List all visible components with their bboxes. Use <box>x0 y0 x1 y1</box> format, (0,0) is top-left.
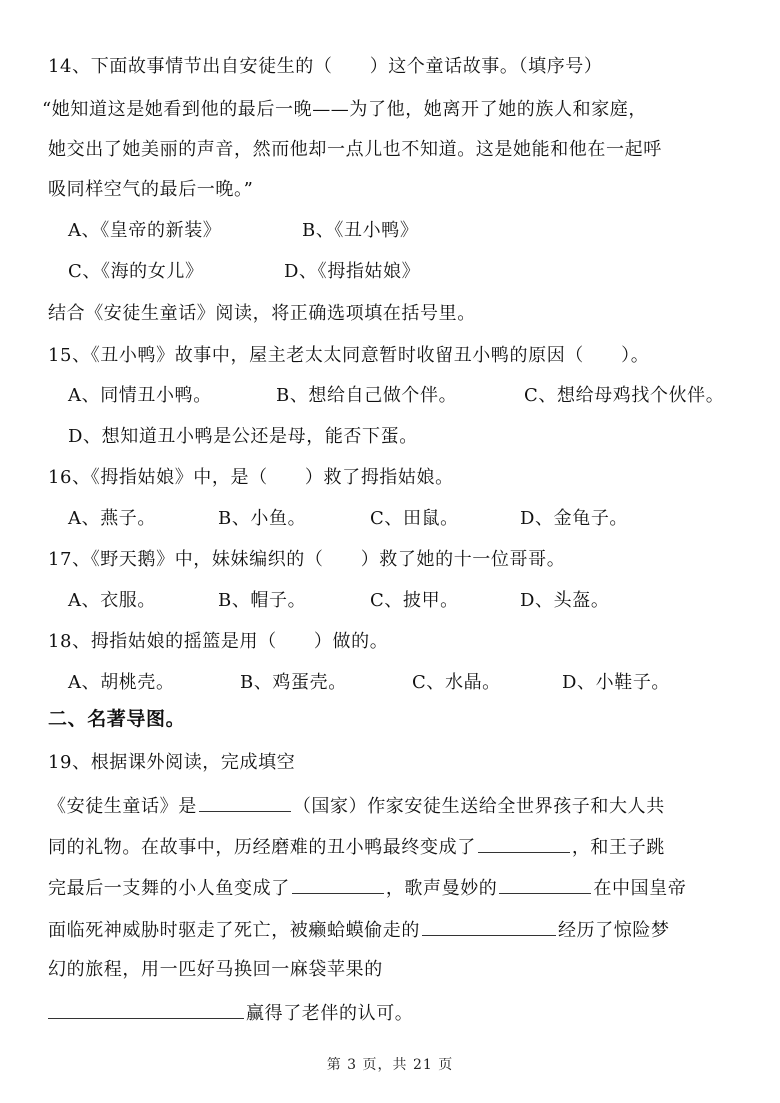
question-18-option-d: D、小鞋子。 <box>562 671 670 695</box>
question-17-option-d: D、头盔。 <box>520 589 609 613</box>
section-2-heading: 二、名著导图。 <box>48 707 185 731</box>
answer-blank-nightingale[interactable] <box>499 875 591 894</box>
question-18-option-a: A、胡桃壳。 <box>68 671 175 695</box>
question-19-line-4-text-a: 面临死神威胁时驱走了死亡，被癞蛤蟆偷走的 <box>48 920 420 941</box>
question-19-line-4: 面临死神威胁时驱走了死亡，被癞蛤蟆偷走的经历了惊险梦 <box>48 917 670 943</box>
question-17-stem: 17、《野天鹅》中，妹妹编织的（ ）救了她的十一位哥哥。 <box>48 548 565 572</box>
question-18-option-c: C、水晶。 <box>412 671 501 695</box>
question-19-line-4-text-b: 经历了惊险梦 <box>558 920 670 941</box>
question-16-stem: 16、《拇指姑娘》中，是（ ）救了拇指姑娘。 <box>48 466 454 490</box>
question-19-line-6: 赢得了老伴的认可。 <box>48 1000 413 1026</box>
question-14-quote-line-2: 她交出了她美丽的声音，然而他却一点儿也不知道。这是她能和他在一起呼 <box>48 138 662 162</box>
answer-blank-thumbelina[interactable] <box>422 917 556 936</box>
question-19-line-3-text-a: 完最后一支舞的小人鱼变成了 <box>48 878 290 899</box>
question-14-option-a: A、《皇帝的新装》 <box>68 219 221 243</box>
question-15-option-c: C、想给母鸡找个伙伴。 <box>524 384 724 408</box>
answer-blank-ugly-duckling[interactable] <box>478 834 570 853</box>
question-15-option-a: A、同情丑小鸭。 <box>68 384 212 408</box>
question-14-option-d: D、《拇指姑娘》 <box>284 260 420 284</box>
answer-blank-little-mermaid[interactable] <box>292 875 384 894</box>
question-19-line-3-text-b: ，歌声曼妙的 <box>386 878 498 899</box>
question-16-option-a: A、燕子。 <box>68 507 156 531</box>
question-14-quote-line-1: “她知道这是她看到他的最后一晚——为了他，她离开了她的族人和家庭， <box>42 98 647 122</box>
page-number-footer: 第 3 页，共 21 页 <box>0 1054 780 1074</box>
question-15-option-d: D、想知道丑小鸭是公还是母，能否下蛋。 <box>68 425 418 449</box>
question-19-line-1: 《安徒生童话》是（国家）作家安徒生送给全世界孩子和大人共 <box>48 793 665 819</box>
question-18-stem: 18、拇指姑娘的摇篮是用（ ）做的。 <box>48 630 388 654</box>
question-15-stem: 15、《丑小鸭》故事中，屋主老太太同意暂时收留丑小鸭的原因（ ）。 <box>48 344 649 368</box>
answer-blank-country[interactable] <box>199 793 291 812</box>
question-19-line-2: 同的礼物。在故事中，历经磨难的丑小鸭最终变成了，和王子跳 <box>48 834 665 860</box>
question-14-option-b: B、《丑小鸭》 <box>302 219 418 243</box>
question-19-line-2-text-a: 同的礼物。在故事中，历经磨难的丑小鸭最终变成了 <box>48 837 476 858</box>
answer-blank-old-man[interactable] <box>48 1000 244 1019</box>
question-16-option-b: B、小鱼。 <box>218 507 306 531</box>
question-19-line-3: 完最后一支舞的小人鱼变成了，歌声曼妙的在中国皇帝 <box>48 875 686 901</box>
question-19-line-1-text-b: （国家）作家安徒生送给全世界孩子和大人共 <box>293 796 665 817</box>
question-17-option-a: A、衣服。 <box>68 589 156 613</box>
question-19-line-2-text-b: ，和王子跳 <box>572 837 665 858</box>
question-15-option-b: B、想给自己做个伴。 <box>276 384 457 408</box>
question-14-option-c: C、《海的女儿》 <box>68 260 204 284</box>
instruction-text: 结合《安徒生童话》阅读，将正确选项填在括号里。 <box>48 302 476 326</box>
question-18-option-b: B、鸡蛋壳。 <box>240 671 347 695</box>
question-19-line-5: 幻的旅程，用一匹好马换回一麻袋苹果的 <box>48 958 383 982</box>
question-19-stem: 19、根据课外阅读，完成填空 <box>48 751 295 775</box>
question-19-line-1-text-a: 《安徒生童话》是 <box>48 796 197 817</box>
question-19-line-6-text-b: 赢得了老伴的认可。 <box>246 1003 413 1024</box>
question-14-quote-line-3: 吸同样空气的最后一晚。” <box>48 178 253 202</box>
question-14-stem: 14、下面故事情节出自安徒生的（ ）这个童话故事。（填序号） <box>48 55 603 79</box>
question-16-option-d: D、金龟子。 <box>520 507 628 531</box>
question-16-option-c: C、田鼠。 <box>370 507 459 531</box>
question-17-option-c: C、披甲。 <box>370 589 459 613</box>
question-19-line-5-text-a: 幻的旅程，用一匹好马换回一麻袋苹果的 <box>48 959 383 980</box>
question-19-line-3-text-c: 在中国皇帝 <box>593 878 686 899</box>
question-17-option-b: B、帽子。 <box>218 589 306 613</box>
